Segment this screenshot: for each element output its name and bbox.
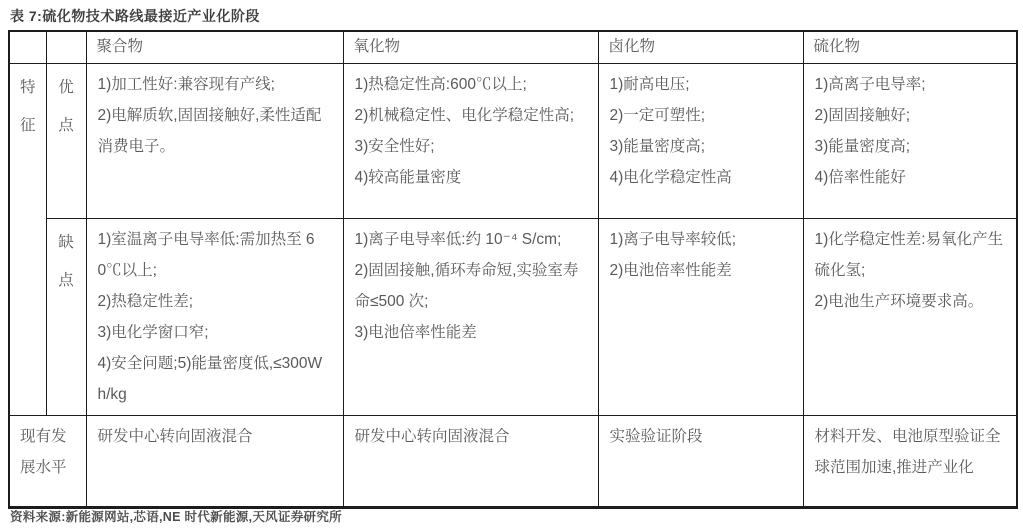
row-label-development: 现有发展水平 (9, 415, 86, 507)
table-title: 表 7:硫化物技术路线最接近产业化阶段 (10, 6, 260, 26)
column-header-sulfide: 硫化物 (803, 31, 1017, 63)
cell-advantages-halide: 1)耐高电压; 2)一定可塑性; 3)能量密度高; 4)电化学稳定性高 (598, 63, 803, 218)
cell-development-polymer: 研发中心转向固液混合 (86, 415, 343, 507)
header-row: 聚合物 氧化物 卤化物 硫化物 (9, 31, 1017, 63)
advantages-row: 特征 优点 1)加工性好:兼容现有产线; 2)电解质软,固固接触好,柔性适配消费… (9, 63, 1017, 218)
row-group-label-feature: 特征 (9, 63, 46, 415)
corner-cell-sublabel (46, 31, 86, 63)
cell-disadvantages-oxide: 1)离子电导率低:约 10⁻⁴ S/cm; 2)固固接触,循环寿命短,实验室寿命… (343, 218, 598, 415)
development-row: 现有发展水平 研发中心转向固液混合 研发中心转向固液混合 实验验证阶段 材料开发… (9, 415, 1017, 507)
research-report-table-page: 表 7:硫化物技术路线最接近产业化阶段 聚合物 氧化物 卤化物 硫化物 特征 优… (0, 0, 1023, 531)
column-header-halide: 卤化物 (598, 31, 803, 63)
cell-advantages-oxide: 1)热稳定性高:600℃以上; 2)机械稳定性、电化学稳定性高; 3)安全性好;… (343, 63, 598, 218)
corner-cell-feature (9, 31, 46, 63)
cell-disadvantages-halide: 1)离子电导率较低; 2)电池倍率性能差 (598, 218, 803, 415)
cell-disadvantages-sulfide: 1)化学稳定性差:易氧化产生硫化氢; 2)电池生产环境要求高。 (803, 218, 1017, 415)
column-header-oxide: 氧化物 (343, 31, 598, 63)
source-note: 资料来源:新能源网站,芯语,NE 时代新能源,天风证券研究所 (10, 507, 342, 525)
cell-development-halide: 实验验证阶段 (598, 415, 803, 507)
cell-disadvantages-polymer: 1)室温离子电导率低:需加热至 60℃以上; 2)热稳定性差; 3)电化学窗口窄… (86, 218, 343, 415)
cell-development-oxide: 研发中心转向固液混合 (343, 415, 598, 507)
electrolyte-comparison-table: 聚合物 氧化物 卤化物 硫化物 特征 优点 1)加工性好:兼容现有产线; 2)电… (8, 30, 1018, 509)
cell-development-sulfide: 材料开发、电池原型验证全球范围加速,推进产业化 (803, 415, 1017, 507)
cell-advantages-polymer: 1)加工性好:兼容现有产线; 2)电解质软,固固接触好,柔性适配消费电子。 (86, 63, 343, 218)
row-label-advantages: 优点 (46, 63, 86, 218)
column-header-polymer: 聚合物 (86, 31, 343, 63)
row-label-disadvantages: 缺点 (46, 218, 86, 415)
cell-advantages-sulfide: 1)高离子电导率; 2)固固接触好; 3)能量密度高; 4)倍率性能好 (803, 63, 1017, 218)
disadvantages-row: 缺点 1)室温离子电导率低:需加热至 60℃以上; 2)热稳定性差; 3)电化学… (9, 218, 1017, 415)
